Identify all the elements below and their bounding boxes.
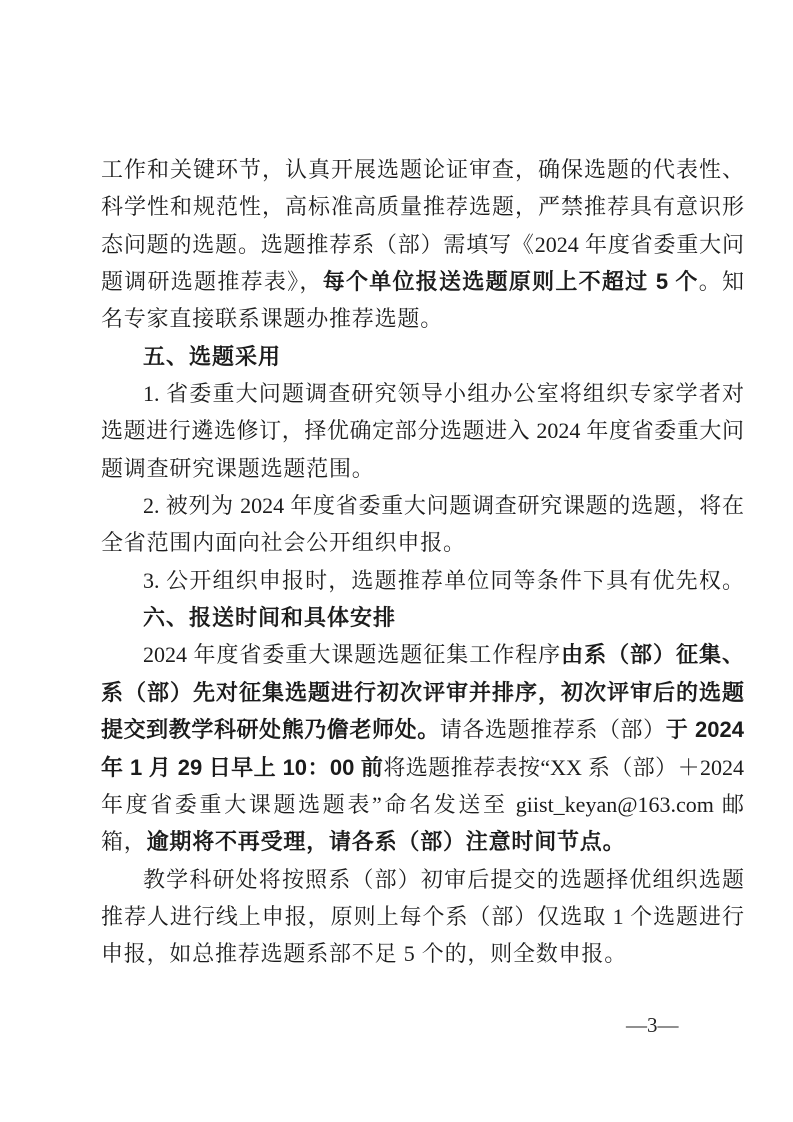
document-line: 名专家直接联系课题办推荐选题。: [101, 300, 744, 337]
document-line: 3. 公开组织申报时，选题推荐单位同等条件下具有优先权。: [101, 562, 744, 599]
document-line: 1. 省委重大问题调查研究领导小组办公室将组织专家学者对: [101, 375, 744, 412]
text-segment: 3. 公开组织申报时，选题推荐单位同等条件下具有优先权。: [143, 568, 744, 593]
text-segment: 教学科研处将按照系（部）初审后提交的选题择优组织选题: [143, 867, 744, 892]
document-body: 工作和关键环节，认真开展选题论证审查，确保选题的代表性、科学性和规范性，高标准高…: [101, 151, 744, 973]
document-line: 全省范围内面向社会公开组织申报。: [101, 524, 744, 561]
text-segment: 工作和关键环节，认真开展选题论证审查，确保选题的代表性、: [101, 157, 744, 182]
bold-text-segment: 由系（部）征集、: [561, 642, 744, 667]
page-number: —3—: [626, 1012, 679, 1038]
bold-text-segment: 于 2024: [666, 717, 744, 742]
text-segment: 名专家直接联系课题办推荐选题。: [101, 306, 443, 331]
text-segment: 。知: [699, 269, 744, 294]
section-heading: 六、报送时间和具体安排: [101, 599, 744, 636]
bold-text-segment: 提交到教学科研处熊乃儋老师处。: [101, 717, 440, 742]
bold-text-segment: 逾期将不再受理，请各系（部）注意时间节点。: [147, 829, 626, 854]
document-line: 申报，如总推荐选题系部不足 5 个的，则全数申报。: [101, 935, 744, 972]
bold-text-segment: 六、报送时间和具体安排: [143, 605, 396, 630]
text-segment: 态问题的选题。选题推荐系（部）需填写《2024 年度省委重大问: [101, 232, 744, 257]
text-segment: 请各选题推荐系（部）: [440, 717, 666, 742]
document-line: 箱，逾期将不再受理，请各系（部）注意时间节点。: [101, 823, 744, 860]
document-line: 工作和关键环节，认真开展选题论证审查，确保选题的代表性、: [101, 151, 744, 188]
document-line: 教学科研处将按照系（部）初审后提交的选题择优组织选题: [101, 861, 744, 898]
bold-text-segment: 系（部）先对征集选题进行初次评审并排序，初次评审后的选题: [101, 680, 744, 705]
text-segment: 科学性和规范性，高标准高质量推荐选题，严禁推荐具有意识形: [101, 194, 744, 219]
document-line: 系（部）先对征集选题进行初次评审并排序，初次评审后的选题: [101, 674, 744, 711]
document-line: 年 1 月 29 日早上 10：00 前将选题推荐表按“XX 系（部）＋2024: [101, 749, 744, 786]
document-line: 提交到教学科研处熊乃儋老师处。请各选题推荐系（部）于 2024: [101, 711, 744, 748]
document-line: 2. 被列为 2024 年度省委重大问题调查研究课题的选题，将在: [101, 487, 744, 524]
text-segment: 题调研选题推荐表》，: [101, 269, 323, 294]
text-segment: 将选题推荐表按“XX 系（部）＋2024: [383, 755, 744, 780]
bold-text-segment: 年 1 月 29 日早上 10：00 前: [101, 755, 383, 780]
bold-text-segment: 每个单位报送选题原则上不超过 5 个: [323, 269, 699, 294]
text-segment: 箱，: [101, 829, 147, 854]
text-segment: 1. 省委重大问题调查研究领导小组办公室将组织专家学者对: [143, 381, 744, 406]
text-segment: 申报，如总推荐选题系部不足 5 个的，则全数申报。: [101, 941, 627, 966]
section-heading: 五、选题采用: [101, 338, 744, 375]
text-segment: 全省范围内面向社会公开组织申报。: [101, 530, 466, 555]
document-line: 年度省委重大课题选题表”命名发送至 giist_keyan@163.com 邮: [101, 786, 744, 823]
document-page: 工作和关键环节，认真开展选题论证审查，确保选题的代表性、科学性和规范性，高标准高…: [0, 0, 793, 1122]
document-line: 题调研选题推荐表》，每个单位报送选题原则上不超过 5 个。知: [101, 263, 744, 300]
document-line: 题调查研究课题选题范围。: [101, 450, 744, 487]
document-line: 推荐人进行线上申报，原则上每个系（部）仅选取 1 个选题进行: [101, 898, 744, 935]
text-segment: 题调查研究课题选题范围。: [101, 456, 375, 481]
bold-text-segment: 五、选题采用: [143, 344, 281, 369]
text-segment: 2. 被列为 2024 年度省委重大问题调查研究课题的选题，将在: [143, 493, 744, 518]
text-segment: 选题进行遴选修订，择优确定部分选题进入 2024 年度省委重大问: [101, 418, 744, 443]
document-line: 选题进行遴选修订，择优确定部分选题进入 2024 年度省委重大问: [101, 412, 744, 449]
text-segment: 年度省委重大课题选题表”命名发送至 giist_keyan@163.com 邮: [101, 792, 744, 817]
text-segment: 2024 年度省委重大课题选题征集工作程序: [143, 642, 561, 667]
document-line: 态问题的选题。选题推荐系（部）需填写《2024 年度省委重大问: [101, 226, 744, 263]
document-line: 2024 年度省委重大课题选题征集工作程序由系（部）征集、: [101, 636, 744, 673]
document-line: 科学性和规范性，高标准高质量推荐选题，严禁推荐具有意识形: [101, 188, 744, 225]
text-segment: 推荐人进行线上申报，原则上每个系（部）仅选取 1 个选题进行: [101, 904, 744, 929]
